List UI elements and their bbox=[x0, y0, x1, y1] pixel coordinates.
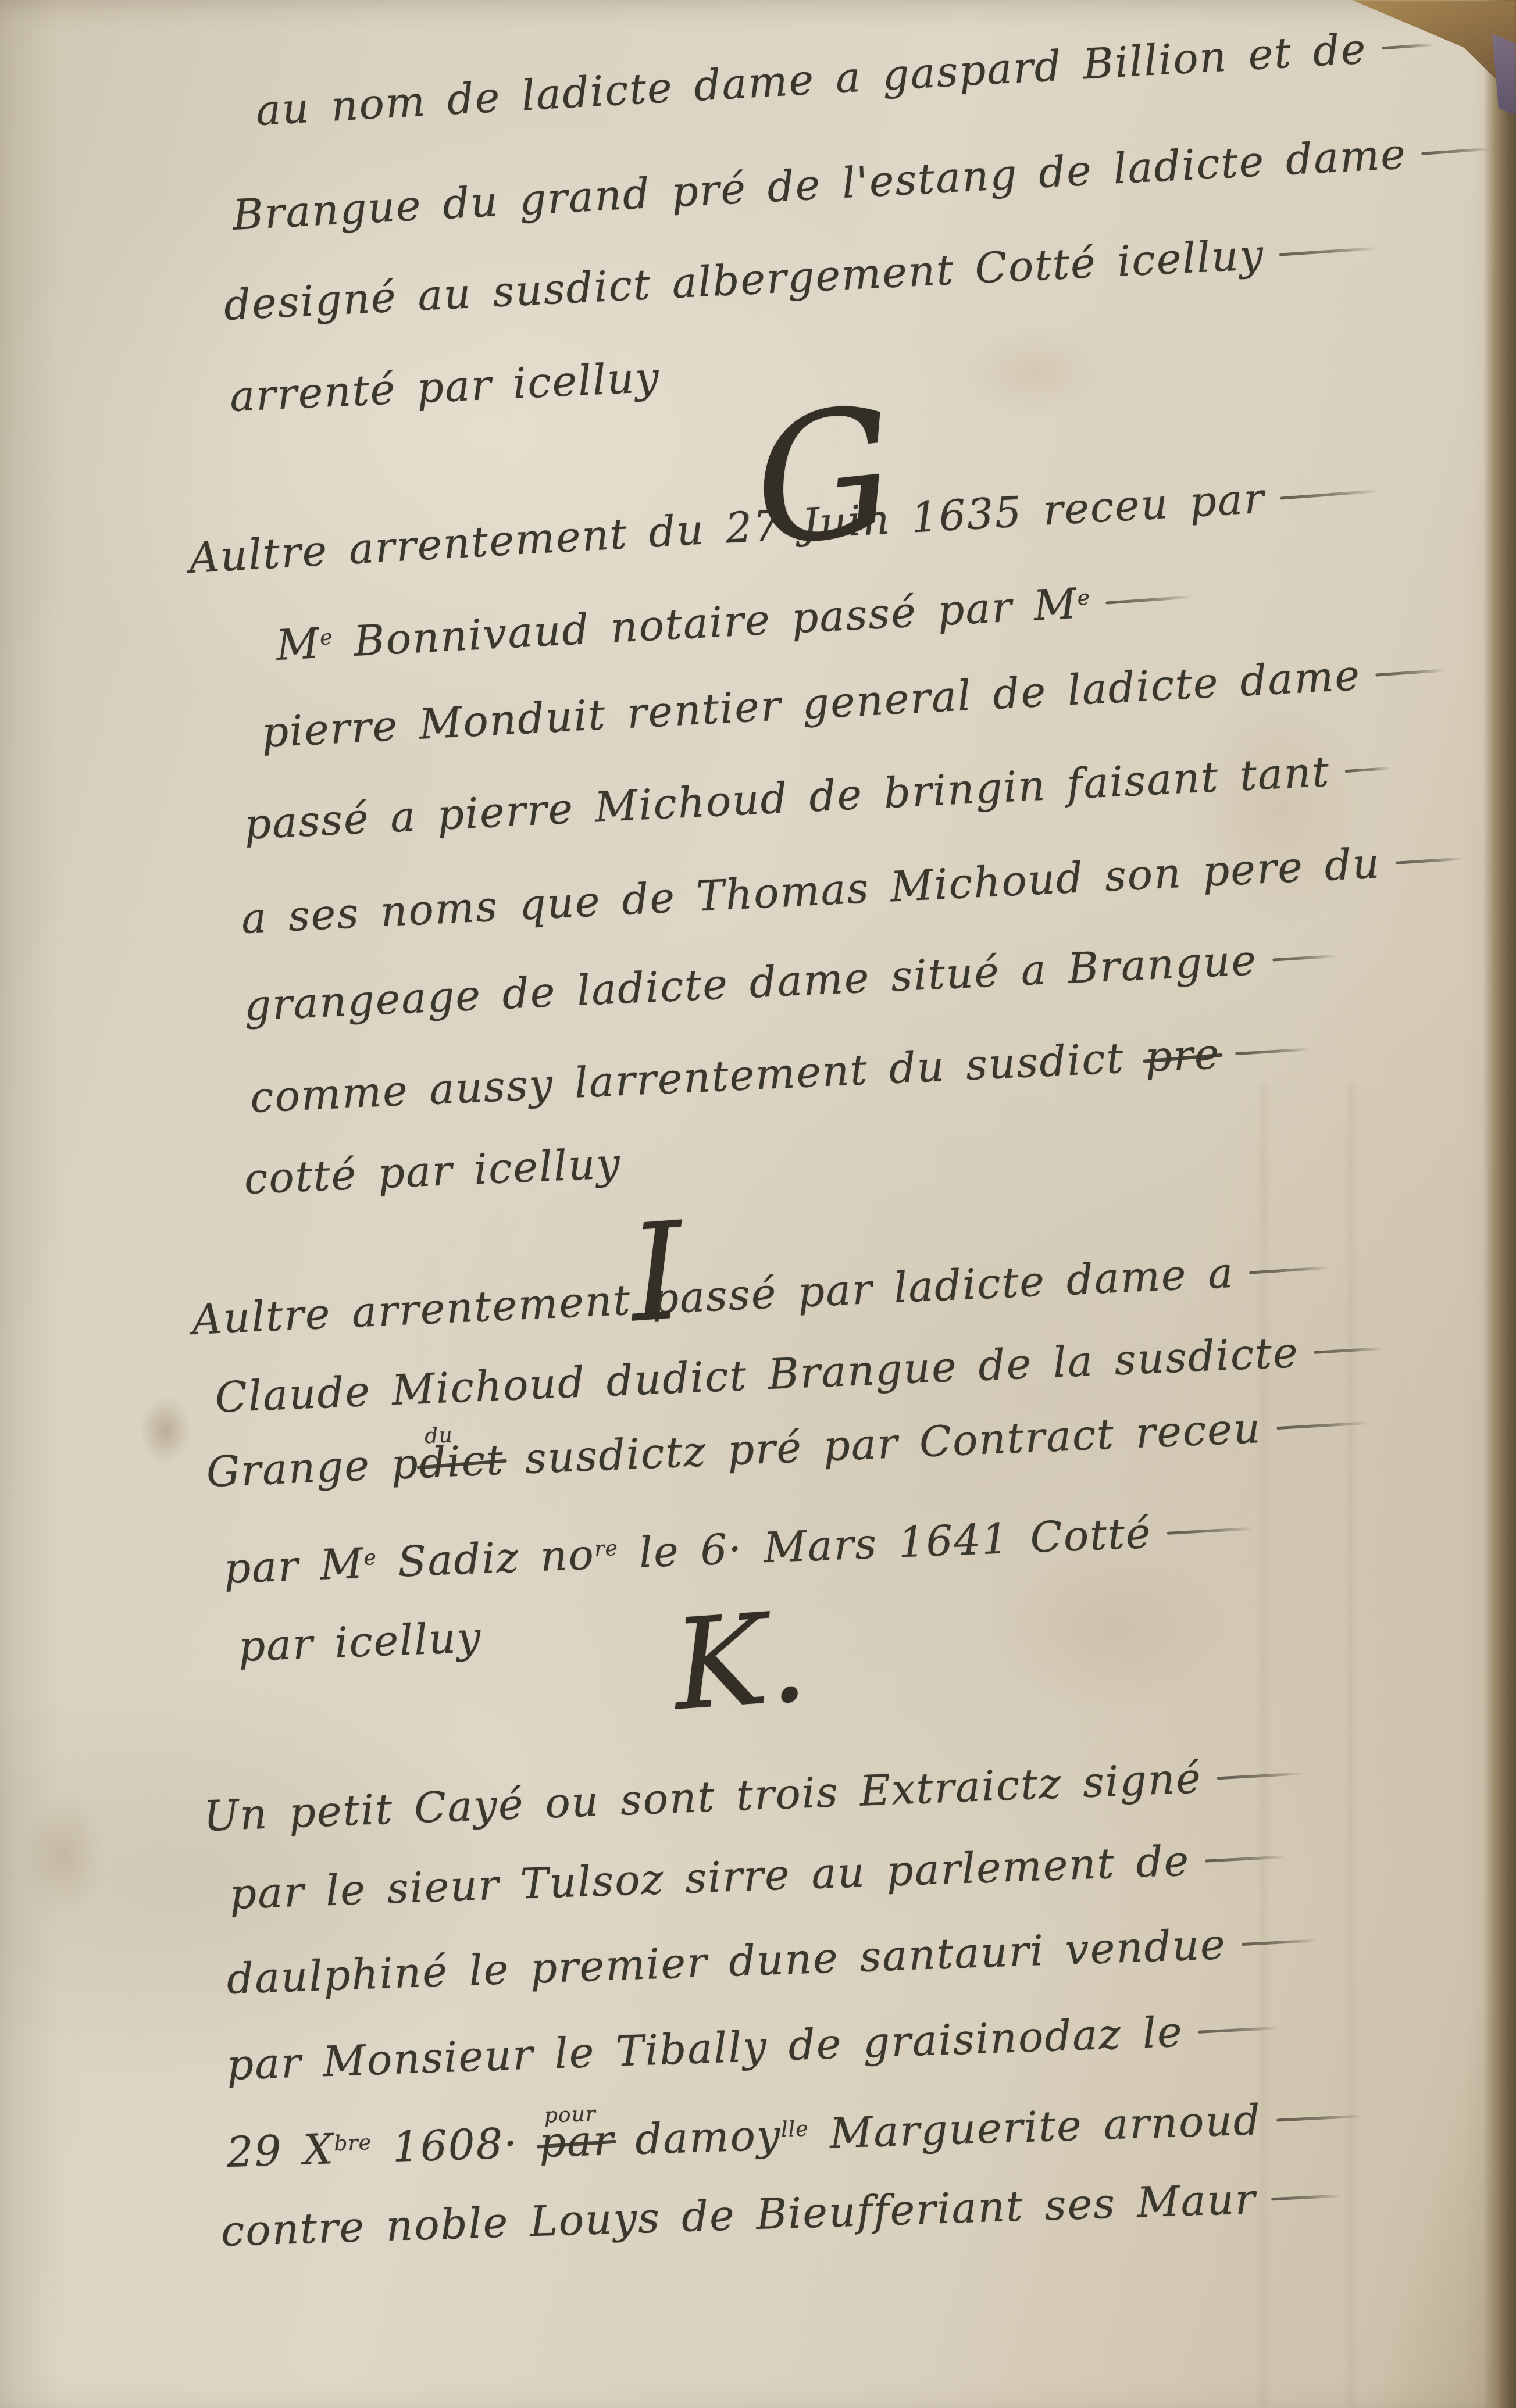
text-segment: comme aussy larrentement du susdict bbox=[249, 1032, 1146, 1122]
manuscript-line: arrenté par icelluy bbox=[229, 352, 661, 421]
text-segment: par le sieur Tulsoz sirre au parlement d… bbox=[229, 1836, 1191, 1918]
text-segment: Marguerite arnoud bbox=[808, 2095, 1262, 2158]
line-filler-dash bbox=[1382, 42, 1434, 49]
manuscript-line: grangeage de ladicte dame situé a Brangu… bbox=[243, 932, 1337, 1030]
line-filler-dash bbox=[1271, 2194, 1341, 2200]
line-filler-dash bbox=[1276, 2114, 1364, 2121]
line-filler-dash bbox=[1345, 766, 1392, 772]
manuscript-line: Un petit Cayé ou sont trois Extraictz si… bbox=[202, 1749, 1305, 1841]
line-filler-dash bbox=[1167, 1527, 1254, 1534]
manuscript-line: cotté par icelluy bbox=[243, 1139, 622, 1203]
line-filler-dash bbox=[1314, 1346, 1383, 1353]
manuscript-line: contre noble Louys de Bieufferiant ses M… bbox=[220, 2171, 1342, 2255]
manuscript-line: par icelluy bbox=[237, 1613, 482, 1671]
manuscript-line: comme aussy larrentement du susdict pre bbox=[249, 1025, 1312, 1122]
text-segment: par icelluy bbox=[237, 1613, 482, 1671]
line-filler-dash bbox=[1280, 490, 1379, 499]
manuscript-line: pierre Monduit rentier general de ladict… bbox=[261, 646, 1447, 757]
manuscript-line: par Monsieur le Tibally de graisinodaz l… bbox=[226, 2004, 1280, 2089]
line-filler-dash bbox=[1249, 1266, 1330, 1274]
text-segment: damoy bbox=[613, 2110, 782, 2164]
text-segment: M bbox=[275, 619, 322, 670]
text-segment: parpour bbox=[538, 2116, 615, 2167]
text-segment: par M bbox=[223, 1539, 365, 1593]
paper-stain bbox=[959, 326, 1111, 419]
line-filler-dash bbox=[1396, 857, 1465, 864]
text-segment: 1608· bbox=[371, 2118, 540, 2172]
text-segment: contre noble Louys de Bieufferiant ses M… bbox=[220, 2174, 1257, 2256]
text-segment: au nom de ladicte dame a gaspard Billion… bbox=[255, 24, 1368, 135]
manuscript-line: Aultre arrentement passé par ladicte dam… bbox=[191, 1244, 1332, 1344]
line-filler-dash bbox=[1105, 595, 1193, 604]
text-segment: grangeage de ladicte dame situé a Brangu… bbox=[243, 935, 1258, 1030]
text-segment: e bbox=[363, 1546, 377, 1570]
text-segment: Un petit Cayé ou sont trois Extraictz si… bbox=[202, 1753, 1203, 1841]
text-segment: cotté par icelluy bbox=[243, 1139, 622, 1203]
text-segment: Grange p bbox=[205, 1439, 420, 1496]
text-segment: Sadiz no bbox=[376, 1530, 596, 1587]
text-segment: designé au susdict albergement Cotté ice… bbox=[223, 230, 1265, 330]
text-segment: Bonnivaud notaire passé par M bbox=[332, 579, 1079, 667]
cote-letter-mark: G bbox=[744, 369, 904, 585]
line-filler-dash bbox=[1217, 1771, 1304, 1779]
line-filler-dash bbox=[1198, 2026, 1279, 2033]
manuscript-line: par Me Sadiz nore le 6· Mars 1641 Cotté bbox=[223, 1505, 1255, 1593]
manuscript-line: designé au susdict albergement Cotté ice… bbox=[223, 224, 1379, 330]
text-segment: re bbox=[594, 1537, 619, 1562]
line-filler-dash bbox=[1241, 1939, 1317, 1946]
text-segment: Aultre arrentement du 27 Juin 1635 receu… bbox=[188, 474, 1267, 583]
paper-stain bbox=[23, 1791, 105, 1918]
manuscript-line: a ses noms que de Thomas Michoud son per… bbox=[240, 834, 1467, 943]
interlinear-insertion: pour bbox=[544, 2102, 596, 2128]
page-edge bbox=[1483, 0, 1516, 2408]
text-segment: dictdu bbox=[418, 1435, 505, 1488]
line-filler-dash bbox=[1276, 1421, 1369, 1429]
cote-letter-mark: K. bbox=[669, 1584, 812, 1738]
text-segment: daulphiné le premier dune santauri vendu… bbox=[226, 1920, 1227, 2003]
text-segment: pierre Monduit rentier general de ladict… bbox=[261, 651, 1362, 757]
line-filler-dash bbox=[1205, 1855, 1286, 1862]
manuscript-line: daulphiné le premier dune santauri vendu… bbox=[226, 1917, 1318, 2003]
manuscript-line: Me Bonnivaud notaire passé par Me bbox=[275, 573, 1194, 669]
text-segment: susdictz pré par Contract receu bbox=[503, 1403, 1262, 1484]
paper-stain bbox=[989, 1541, 1233, 1715]
text-segment: bre bbox=[334, 2131, 372, 2156]
text-segment: 29 X bbox=[226, 2124, 335, 2177]
line-filler-dash bbox=[1272, 954, 1336, 961]
text-segment: arrenté par icelluy bbox=[229, 352, 661, 421]
line-filler-dash bbox=[1235, 1048, 1311, 1055]
line-filler-dash bbox=[1279, 246, 1378, 256]
manuscript-line: passé a pierre Michoud de bringin faisan… bbox=[243, 744, 1393, 849]
text-segment: a ses noms que de Thomas Michoud son per… bbox=[240, 838, 1382, 943]
line-filler-dash bbox=[1421, 147, 1491, 155]
text-segment: e bbox=[319, 626, 333, 650]
text-segment: Aultre arrentement passé par ladicte dam… bbox=[191, 1248, 1235, 1344]
text-segment: pre bbox=[1144, 1029, 1221, 1081]
manuscript-line: 29 Xbre 1608· parpour damoylle Marguerit… bbox=[226, 2092, 1364, 2177]
manuscript-line: par le sieur Tulsoz sirre au parlement d… bbox=[229, 1833, 1287, 1918]
text-segment: Brangue du grand pré de l'estang de ladi… bbox=[231, 129, 1408, 240]
text-segment: passé a pierre Michoud de bringin faisan… bbox=[243, 747, 1331, 849]
text-segment: lle bbox=[781, 2117, 809, 2142]
text-segment: e bbox=[1077, 586, 1091, 610]
text-segment: par Monsieur le Tibally de graisinodaz l… bbox=[226, 2007, 1184, 2089]
cote-letter-mark: I bbox=[625, 1194, 689, 1353]
manuscript-line: Brangue du grand pré de l'estang de ladi… bbox=[231, 125, 1493, 240]
paper-stain bbox=[140, 1395, 192, 1465]
manuscript-line: au nom de ladicte dame a gaspard Billion… bbox=[255, 20, 1436, 135]
interlinear-insertion: du bbox=[425, 1423, 454, 1448]
text-segment: le 6· Mars 1641 Cotté bbox=[618, 1509, 1153, 1578]
text-segment: Claude Michoud dudict Brangue de la susd… bbox=[214, 1328, 1300, 1422]
line-filler-dash bbox=[1376, 669, 1446, 676]
manuscript-page: au nom de ladicte dame a gaspard Billion… bbox=[0, 0, 1516, 2408]
